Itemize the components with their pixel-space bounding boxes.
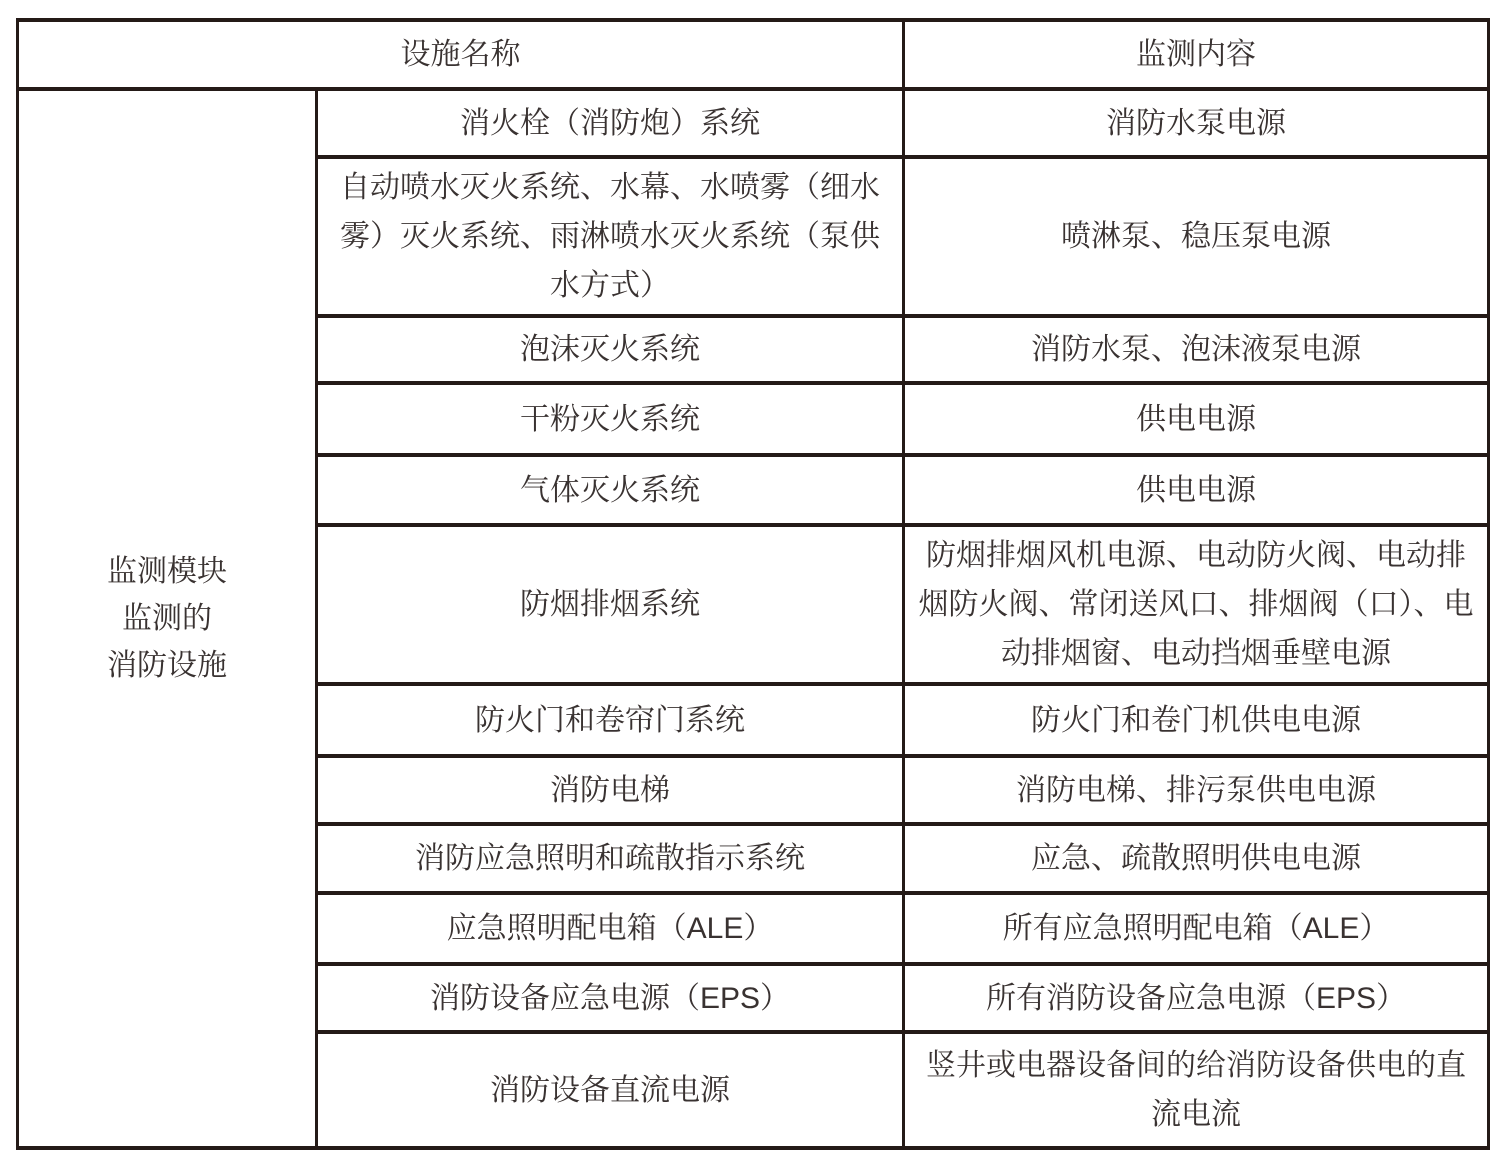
facility-cell: 自动喷水灭火系统、水幕、水喷雾（细水雾）灭火系统、雨淋喷水灭火系统（泵供水方式） [317,157,904,316]
monitoring-table: 设施名称 监测内容 监测模块 监测的 消防设施 消火栓（消防炮）系统 消防水泵电… [16,18,1490,1150]
facility-cell: 泡沫灭火系统 [317,316,904,383]
content-cell: 供电电源 [904,455,1489,525]
facility-cell: 气体灭火系统 [317,455,904,525]
content-cell: 消防水泵电源 [904,89,1489,157]
header-row: 设施名称 监测内容 [18,20,1489,89]
content-cell: 供电电源 [904,383,1489,455]
header-facility-name: 设施名称 [18,20,904,89]
content-cell: 喷淋泵、稳压泵电源 [904,157,1489,316]
facility-cell: 干粉灭火系统 [317,383,904,455]
facility-cell: 防火门和卷帘门系统 [317,684,904,756]
table-row: 监测模块 监测的 消防设施 消火栓（消防炮）系统 消防水泵电源 [18,89,1489,157]
facility-cell: 应急照明配电箱（ALE） [317,893,904,964]
header-monitoring-content: 监测内容 [904,20,1489,89]
facility-cell: 防烟排烟系统 [317,525,904,684]
content-cell: 防烟排烟风机电源、电动防火阀、电动排烟防火阀、常闭送风口、排烟阀（口）、电动排烟… [904,525,1489,684]
facility-cell: 消火栓（消防炮）系统 [317,89,904,157]
facility-cell: 消防电梯 [317,756,904,824]
content-cell: 消防电梯、排污泵供电电源 [904,756,1489,824]
category-line: 监测的 [31,595,303,642]
facility-cell: 消防应急照明和疏散指示系统 [317,824,904,893]
facility-cell: 消防设备直流电源 [317,1032,904,1148]
facility-cell: 消防设备应急电源（EPS） [317,964,904,1032]
category-line: 监测模块 [31,548,303,595]
category-cell: 监测模块 监测的 消防设施 [18,89,317,1148]
content-cell: 防火门和卷门机供电电源 [904,684,1489,756]
content-cell: 消防水泵、泡沫液泵电源 [904,316,1489,383]
content-cell: 所有应急照明配电箱（ALE） [904,893,1489,964]
content-cell: 应急、疏散照明供电电源 [904,824,1489,893]
category-line: 消防设施 [31,642,303,689]
content-cell: 竖井或电器设备间的给消防设备供电的直流电流 [904,1032,1489,1148]
content-cell: 所有消防设备应急电源（EPS） [904,964,1489,1032]
